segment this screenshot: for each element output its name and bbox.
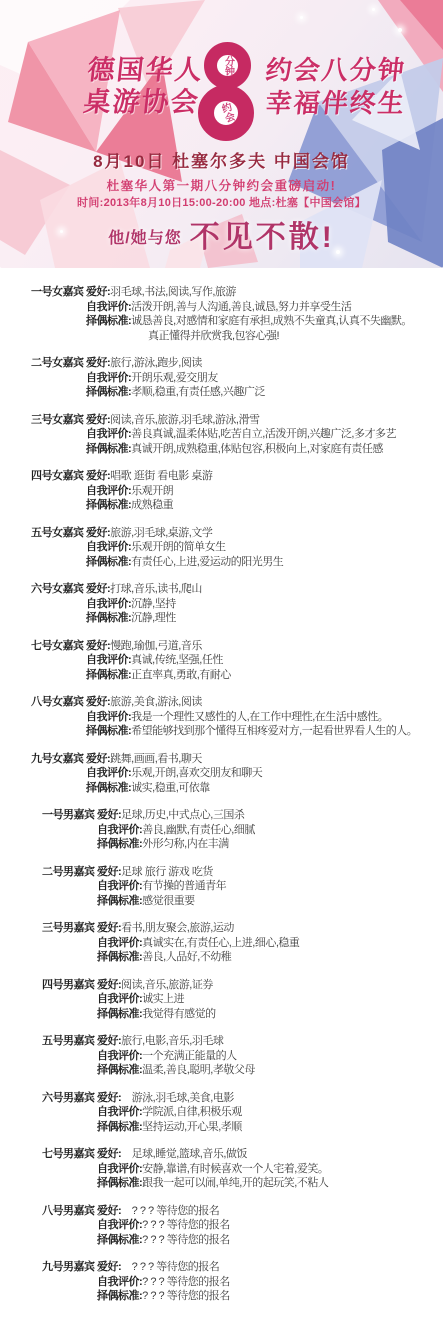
criteria-label: 择偶标准: [86,555,131,570]
flyer-page: 德国华人 桌游协会 约会八分钟 幸福伴终生 分钟 约会 8月10日 杜塞尔多夫 … [0,0,443,1337]
guest-fields: 爱好: 游泳,羽毛球,美食,电影 自我评价:学院派,自律,积极乐观 择偶标准:坚… [97,1091,437,1135]
self-eval-label: 自我评价: [86,371,131,386]
criteria-label: 择偶标准: [97,894,142,909]
association-name-line2: 桌游协会 [82,80,202,119]
criteria-row: 择偶标准:? ? ? 等待您的报名 [97,1233,437,1248]
self-eval-row: 自我评价:善良,幽默,有责任心,细腻 [97,823,437,838]
guest-block: 六号女嘉宾 爱好:打球,音乐,读书,爬山 自我评价:沉静,坚持 择偶标准:沉静,… [31,582,437,626]
sparkle-icon [372,8,375,11]
self-eval-label: 自我评价: [86,540,131,555]
hobby-label: 爱好: [86,526,110,541]
self-eval-label: 自我评价: [97,992,142,1007]
criteria-label: 择偶标准: [97,1176,142,1191]
self-eval-value: 沉静,坚持 [131,597,176,612]
hobby-row: 爱好:旅游,羽毛球,桌游,文学 [86,526,437,541]
hobby-row: 爱好: ? ? ? 等待您的报名 [97,1204,437,1219]
hobby-row: 爱好:看书,朋友聚会,旅游,运动 [97,921,437,936]
hobby-label: 爱好: [97,978,121,993]
guest-block: 二号男嘉宾 爱好:足球 旅行 游戏 吃货 自我评价:有节操的普通青年 择偶标准:… [31,865,437,909]
guest-name: 五号女嘉宾 [31,526,86,570]
closing-prefix: 他/她与您 [108,230,181,247]
self-eval-label: 自我评价: [86,766,131,781]
guest-block: 九号女嘉宾 爱好:跳舞,画画,看书,聊天 自我评价:乐观,开朗,喜欢交朋友和聊天… [31,752,437,796]
hobby-value: 跳舞,画画,看书,聊天 [110,752,202,767]
hobby-label: 爱好: [97,808,121,823]
criteria-label: 择偶标准: [86,314,131,329]
hobby-label: 爱好: [97,1204,121,1219]
self-eval-label: 自我评价: [86,710,131,725]
banner: 德国华人 桌游协会 约会八分钟 幸福伴终生 分钟 约会 8月10日 杜塞尔多夫 … [0,0,443,268]
guest-name: 八号男嘉宾 [42,1204,97,1248]
criteria-value: ? ? ? 等待您的报名 [142,1289,230,1304]
criteria-value: 跟我一起可以闹,单纯,开的起玩笑,不粘人 [142,1176,328,1191]
hobby-value: 足球 旅行 游戏 吃货 [121,865,213,880]
guest-name: 五号男嘉宾 [42,1034,97,1078]
hobby-label: 爱好: [97,1091,121,1106]
closing-main: 不见不散! [190,221,335,254]
badge-bottom-text: 约会 [218,102,234,124]
sparkle-icon [300,16,303,19]
guest-fields: 爱好:阅读,音乐,旅游,证券 自我评价:诚实上进 择偶标准:我觉得有感觉的 [97,978,437,1022]
criteria-label: 择偶标准: [97,1289,142,1304]
self-eval-row: 自我评价:乐观,开朗,喜欢交朋友和聊天 [86,766,437,781]
criteria-value: 坚持运动,开心果,孝顺 [142,1120,242,1135]
self-eval-row: 自我评价:学院派,自律,积极乐观 [97,1105,437,1120]
criteria-value: 孝顺,稳重,有责任感,兴趣广泛 [131,385,265,400]
guest-block: 八号男嘉宾 爱好: ? ? ? 等待您的报名 自我评价:? ? ? 等待您的报名… [31,1204,437,1248]
criteria-value: 温柔,善良,聪明,孝敬父母 [142,1063,255,1078]
guest-fields: 爱好:旅行,游泳,跑步,阅读 自我评价:开朗乐观,爱交朋友 择偶标准:孝顺,稳重… [86,356,437,400]
self-eval-row: 自我评价:安静,靠谱,有时候喜欢一个人宅着,爱笑。 [97,1162,437,1177]
guest-name: 二号女嘉宾 [31,356,86,400]
self-eval-label: 自我评价: [86,653,131,668]
guest-name: 六号男嘉宾 [42,1091,97,1135]
self-eval-row: 自我评价:乐观开朗 [86,484,437,499]
self-eval-label: 自我评价: [86,484,131,499]
hobby-value: 旅行,电影,音乐,羽毛球 [121,1034,223,1049]
self-eval-label: 自我评价: [97,1049,142,1064]
guest-name: 七号男嘉宾 [42,1147,97,1191]
hobby-row: 爱好:唱歌 逛街 看电影 桌游 [86,469,437,484]
hobby-row: 爱好: 游泳,羽毛球,美食,电影 [97,1091,437,1106]
guest-fields: 爱好: ? ? ? 等待您的报名 自我评价:? ? ? 等待您的报名 择偶标准:… [97,1260,437,1304]
guest-list: 一号女嘉宾 爱好:羽毛球,书法,阅读,写作,旅游 自我评价:活泼开朗,善与人沟通… [0,268,443,1304]
criteria-row: 择偶标准:有责任心,上进,爱运动的阳光男生 [86,555,437,570]
self-eval-value: 诚实上进 [142,992,184,1007]
hobby-value: 看书,朋友聚会,旅游,运动 [121,921,234,936]
hobby-value: 游泳,羽毛球,美食,电影 [121,1091,234,1106]
criteria-label: 择偶标准: [86,385,131,400]
self-eval-label: 自我评价: [97,1275,142,1290]
self-eval-label: 自我评价: [86,597,131,612]
guest-block: 三号男嘉宾 爱好:看书,朋友聚会,旅游,运动 自我评价:真诚实在,有责任心,上进… [31,921,437,965]
guest-block: 一号女嘉宾 爱好:羽毛球,书法,阅读,写作,旅游 自我评价:活泼开朗,善与人沟通… [31,285,437,343]
criteria-label: 择偶标准: [97,950,142,965]
criteria-row: 择偶标准:温柔,善良,聪明,孝敬父母 [97,1063,437,1078]
guest-block: 九号男嘉宾 爱好: ? ? ? 等待您的报名 自我评价:? ? ? 等待您的报名… [31,1260,437,1304]
self-eval-row: 自我评价:开朗乐观,爱交朋友 [86,371,437,386]
criteria-row: 择偶标准:? ? ? 等待您的报名 [97,1289,437,1304]
criteria-value: 成熟稳重 [131,498,173,513]
self-eval-value: 善良真诚,温柔体贴,吃苦自立,活泼开朗,兴趣广泛,多才多艺 [131,427,396,442]
criteria-label: 择偶标准: [97,1007,142,1022]
self-eval-row: 自我评价:? ? ? 等待您的报名 [97,1218,437,1233]
guest-name: 八号女嘉宾 [31,695,86,739]
criteria-row: 择偶标准:沉静,理性 [86,611,437,626]
self-eval-row: 自我评价:真诚实在,有责任心,上进,细心,稳重 [97,936,437,951]
guest-block: 四号男嘉宾 爱好:阅读,音乐,旅游,证券 自我评价:诚实上进 择偶标准:我觉得有… [31,978,437,1022]
criteria-row: 择偶标准:孝顺,稳重,有责任感,兴趣广泛 [86,385,437,400]
criteria-extra: 真正懂得并欣赏我,包容心强! [86,329,437,344]
self-eval-value: 乐观,开朗,喜欢交朋友和聊天 [131,766,262,781]
guest-block: 六号男嘉宾 爱好: 游泳,羽毛球,美食,电影 自我评价:学院派,自律,积极乐观 … [31,1091,437,1135]
criteria-label: 择偶标准: [86,498,131,513]
hobby-label: 爱好: [86,413,110,428]
hobby-label: 爱好: [86,582,110,597]
criteria-row: 择偶标准:诚恳善良,对感情和家庭有承担,成熟不失童真,认真不失幽默。 [86,314,437,329]
criteria-value: 正直率真,勇敢,有耐心 [131,668,231,683]
hobby-value: 打球,音乐,读书,爬山 [110,582,202,597]
hobby-label: 爱好: [97,921,121,936]
guest-block: 三号女嘉宾 爱好:阅读,音乐,旅游,羽毛球,游泳,滑雪 自我评价:善良真诚,温柔… [31,413,437,457]
criteria-row: 择偶标准:跟我一起可以闹,单纯,开的起玩笑,不粘人 [97,1176,437,1191]
guest-block: 八号女嘉宾 爱好:旅游,美食,游泳,阅读 自我评价:我是一个理性又感性的人,在工… [31,695,437,739]
guest-fields: 爱好: 足球,睡觉,篮球,音乐,做饭 自我评价:安静,靠谱,有时候喜欢一个人宅着… [97,1147,437,1191]
self-eval-row: 自我评价:乐观开朗的简单女生 [86,540,437,555]
criteria-row: 择偶标准:成熟稳重 [86,498,437,513]
guest-name: 九号女嘉宾 [31,752,86,796]
self-eval-value: 活泼开朗,善与人沟通,善良,诚恳,努力并享受生活 [131,300,351,315]
hobby-label: 爱好: [86,639,110,654]
self-eval-value: 善良,幽默,有责任心,细腻 [142,823,255,838]
self-eval-value: 有节操的普通青年 [142,879,226,894]
criteria-value: ? ? ? 等待您的报名 [142,1233,230,1248]
guest-fields: 爱好:跳舞,画画,看书,聊天 自我评价:乐观,开朗,喜欢交朋友和聊天 择偶标准:… [86,752,437,796]
closing-slogan: 他/她与您不见不散! [0,212,443,256]
criteria-label: 择偶标准: [86,668,131,683]
self-eval-label: 自我评价: [97,1162,142,1177]
guest-name: 二号男嘉宾 [42,865,97,909]
self-eval-row: 自我评价:活泼开朗,善与人沟通,善良,诚恳,努力并享受生活 [86,300,437,315]
guest-block: 二号女嘉宾 爱好:旅行,游泳,跑步,阅读 自我评价:开朗乐观,爱交朋友 择偶标准… [31,356,437,400]
self-eval-label: 自我评价: [97,823,142,838]
hobby-row: 爱好:旅行,游泳,跑步,阅读 [86,356,437,371]
event-launch-line: 杜塞华人第一期八分钟约会重磅启动! [0,176,443,194]
self-eval-row: 自我评价:沉静,坚持 [86,597,437,612]
guest-fields: 爱好:阅读,音乐,旅游,羽毛球,游泳,滑雪 自我评价:善良真诚,温柔体贴,吃苦自… [86,413,437,457]
self-eval-value: ? ? ? 等待您的报名 [142,1218,230,1233]
criteria-row: 择偶标准:诚实,稳重,可依靠 [86,781,437,796]
guest-name: 一号男嘉宾 [42,808,97,852]
self-eval-row: 自我评价:诚实上进 [97,992,437,1007]
criteria-row: 择偶标准:我觉得有感觉的 [97,1007,437,1022]
criteria-value: 善良,人品好,不幼稚 [142,950,231,965]
hobby-label: 爱好: [97,1260,121,1275]
hobby-label: 爱好: [86,356,110,371]
criteria-value: 外形匀称,内在丰满 [142,837,229,852]
guest-block: 一号男嘉宾 爱好:足球,历史,中式点心,三国杀 自我评价:善良,幽默,有责任心,… [31,808,437,852]
sparkle-icon [398,28,402,32]
hobby-value: 足球,历史,中式点心,三国杀 [121,808,244,823]
guest-name: 三号男嘉宾 [42,921,97,965]
self-eval-value: 真诚,传统,坚强,任性 [131,653,223,668]
self-eval-label: 自我评价: [97,1105,142,1120]
criteria-label: 择偶标准: [97,1233,142,1248]
criteria-value: 诚恳善良,对感情和家庭有承担,成熟不失童真,认真不失幽默。 [131,314,412,329]
guest-fields: 爱好:慢跑,瑜伽,弓道,音乐 自我评价:真诚,传统,坚强,任性 择偶标准:正直率… [86,639,437,683]
hobby-value: 旅游,美食,游泳,阅读 [110,695,202,710]
eight-minutes-badge: 分钟 约会 [196,42,258,146]
guest-name: 一号女嘉宾 [31,285,86,343]
guest-block: 五号女嘉宾 爱好:旅游,羽毛球,桌游,文学 自我评价:乐观开朗的简单女生 择偶标… [31,526,437,570]
hobby-value: 旅行,游泳,跑步,阅读 [110,356,202,371]
criteria-label: 择偶标准: [86,724,131,739]
guest-block: 四号女嘉宾 爱好:唱歌 逛街 看电影 桌游 自我评价:乐观开朗 择偶标准:成熟稳… [31,469,437,513]
criteria-value: 感觉很重要 [142,894,195,909]
hobby-value: 阅读,音乐,旅游,羽毛球,游泳,滑雪 [110,413,259,428]
self-eval-row: 自我评价:? ? ? 等待您的报名 [97,1275,437,1290]
self-eval-row: 自我评价:善良真诚,温柔体贴,吃苦自立,活泼开朗,兴趣广泛,多才多艺 [86,427,437,442]
guest-block: 五号男嘉宾 爱好:旅行,电影,音乐,羽毛球 自我评价:一个充满正能量的人 择偶标… [31,1034,437,1078]
self-eval-value: 真诚实在,有责任心,上进,细心,稳重 [142,936,299,951]
hobby-label: 爱好: [97,1147,121,1162]
hobby-label: 爱好: [86,695,110,710]
self-eval-row: 自我评价:一个充满正能量的人 [97,1049,437,1064]
hobby-label: 爱好: [97,1034,121,1049]
hobby-row: 爱好: 足球,睡觉,篮球,音乐,做饭 [97,1147,437,1162]
criteria-row: 择偶标准:善良,人品好,不幼稚 [97,950,437,965]
guest-name: 四号女嘉宾 [31,469,86,513]
guest-name: 六号女嘉宾 [31,582,86,626]
self-eval-value: 乐观开朗 [131,484,173,499]
guest-name: 七号女嘉宾 [31,639,86,683]
event-venue-line: 8月10日 杜塞尔多夫 中国会馆 [0,147,443,172]
guest-fields: 爱好:足球,历史,中式点心,三国杀 自我评价:善良,幽默,有责任心,细腻 择偶标… [97,808,437,852]
hobby-value: 唱歌 逛街 看电影 桌游 [110,469,212,484]
guest-fields: 爱好:旅行,电影,音乐,羽毛球 自我评价:一个充满正能量的人 择偶标准:温柔,善… [97,1034,437,1078]
criteria-value: 沉静,理性 [131,611,176,626]
criteria-row: 择偶标准:坚持运动,开心果,孝顺 [97,1120,437,1135]
self-eval-value: 开朗乐观,爱交朋友 [131,371,218,386]
guest-fields: 爱好: ? ? ? 等待您的报名 自我评价:? ? ? 等待您的报名 择偶标准:… [97,1204,437,1248]
self-eval-row: 自我评价:我是一个理性又感性的人,在工作中理性,在生活中感性。 [86,710,437,725]
hobby-value: ? ? ? 等待您的报名 [121,1260,219,1275]
criteria-value: 诚实,稳重,可依靠 [131,781,210,796]
hobby-row: 爱好:打球,音乐,读书,爬山 [86,582,437,597]
criteria-row: 择偶标准:感觉很重要 [97,894,437,909]
hobby-row: 爱好:阅读,音乐,旅游,羽毛球,游泳,滑雪 [86,413,437,428]
hobby-value: 足球,睡觉,篮球,音乐,做饭 [121,1147,247,1162]
self-eval-value: 安静,靠谱,有时候喜欢一个人宅着,爱笑。 [142,1162,328,1177]
hobby-value: 旅游,羽毛球,桌游,文学 [110,526,212,541]
criteria-row: 择偶标准:外形匀称,内在丰满 [97,837,437,852]
hobby-label: 爱好: [86,752,110,767]
self-eval-label: 自我评价: [86,427,131,442]
guest-fields: 爱好:旅游,美食,游泳,阅读 自我评价:我是一个理性又感性的人,在工作中理性,在… [86,695,437,739]
self-eval-value: ? ? ? 等待您的报名 [142,1275,230,1290]
criteria-label: 择偶标准: [97,1120,142,1135]
hobby-label: 爱好: [86,285,110,300]
hobby-value: 羽毛球,书法,阅读,写作,旅游 [110,285,236,300]
criteria-label: 择偶标准: [86,442,131,457]
hobby-label: 爱好: [86,469,110,484]
hobby-row: 爱好:羽毛球,书法,阅读,写作,旅游 [86,285,437,300]
hobby-row: 爱好:阅读,音乐,旅游,证券 [97,978,437,993]
guest-block: 七号女嘉宾 爱好:慢跑,瑜伽,弓道,音乐 自我评价:真诚,传统,坚强,任性 择偶… [31,639,437,683]
badge-top-text: 分钟 [223,56,233,76]
criteria-value: 真诚开朗,成熟稳重,体贴包容,积极向上,对家庭有责任感 [131,442,383,457]
guest-fields: 爱好:足球 旅行 游戏 吃货 自我评价:有节操的普通青年 择偶标准:感觉很重要 [97,865,437,909]
guest-block: 七号男嘉宾 爱好: 足球,睡觉,篮球,音乐,做饭 自我评价:安静,靠谱,有时候喜… [31,1147,437,1191]
guest-fields: 爱好:看书,朋友聚会,旅游,运动 自我评价:真诚实在,有责任心,上进,细心,稳重… [97,921,437,965]
self-eval-value: 乐观开朗的简单女生 [131,540,226,555]
self-eval-label: 自我评价: [97,936,142,951]
hobby-row: 爱好:足球,历史,中式点心,三国杀 [97,808,437,823]
hobby-row: 爱好: ? ? ? 等待您的报名 [97,1260,437,1275]
criteria-label: 择偶标准: [86,781,131,796]
self-eval-row: 自我评价:有节操的普通青年 [97,879,437,894]
guest-name: 九号男嘉宾 [42,1260,97,1304]
guest-name: 四号男嘉宾 [42,978,97,1022]
badge-bottom-circle: 约会 [198,85,254,141]
criteria-row: 择偶标准:希望能够找到那个懂得互相疼爱对方,一起看世界看人生的人。 [86,724,437,739]
guest-fields: 爱好:打球,音乐,读书,爬山 自我评价:沉静,坚持 择偶标准:沉静,理性 [86,582,437,626]
slogan-line1: 约会八分钟 [264,50,408,87]
criteria-row: 择偶标准:真诚开朗,成熟稳重,体贴包容,积极向上,对家庭有责任感 [86,442,437,457]
hobby-value: 慢跑,瑜伽,弓道,音乐 [110,639,202,654]
hobby-label: 爱好: [97,865,121,880]
self-eval-value: 我是一个理性又感性的人,在工作中理性,在生活中感性。 [131,710,388,725]
self-eval-label: 自我评价: [97,879,142,894]
guest-name: 三号女嘉宾 [31,413,86,457]
self-eval-row: 自我评价:真诚,传统,坚强,任性 [86,653,437,668]
hobby-row: 爱好:足球 旅行 游戏 吃货 [97,865,437,880]
self-eval-label: 自我评价: [86,300,131,315]
criteria-value: 我觉得有感觉的 [142,1007,216,1022]
hobby-row: 爱好:慢跑,瑜伽,弓道,音乐 [86,639,437,654]
criteria-label: 择偶标准: [97,837,142,852]
hobby-row: 爱好:旅行,电影,音乐,羽毛球 [97,1034,437,1049]
guest-fields: 爱好:唱歌 逛街 看电影 桌游 自我评价:乐观开朗 择偶标准:成熟稳重 [86,469,437,513]
event-time-line: 时间:2013年8月10日15:00-20:00 地点:杜塞【中国会馆】 [0,194,443,210]
criteria-value: 希望能够找到那个懂得互相疼爱对方,一起看世界看人生的人。 [131,724,417,739]
hobby-value: 阅读,音乐,旅游,证券 [121,978,213,993]
guest-fields: 爱好:旅游,羽毛球,桌游,文学 自我评价:乐观开朗的简单女生 择偶标准:有责任心… [86,526,437,570]
self-eval-label: 自我评价: [97,1218,142,1233]
hobby-row: 爱好:跳舞,画画,看书,聊天 [86,752,437,767]
criteria-label: 择偶标准: [97,1063,142,1078]
hobby-value: ? ? ? 等待您的报名 [121,1204,219,1219]
self-eval-value: 学院派,自律,积极乐观 [142,1105,242,1120]
slogan-line2: 幸福伴终生 [264,83,408,120]
criteria-row: 择偶标准:正直率真,勇敢,有耐心 [86,668,437,683]
criteria-label: 择偶标准: [86,611,131,626]
badge-top-circle: 分钟 [204,42,251,89]
hobby-row: 爱好:旅游,美食,游泳,阅读 [86,695,437,710]
guest-fields: 爱好:羽毛球,书法,阅读,写作,旅游 自我评价:活泼开朗,善与人沟通,善良,诚恳… [86,285,437,343]
self-eval-value: 一个充满正能量的人 [142,1049,237,1064]
criteria-value: 有责任心,上进,爱运动的阳光男生 [131,555,283,570]
